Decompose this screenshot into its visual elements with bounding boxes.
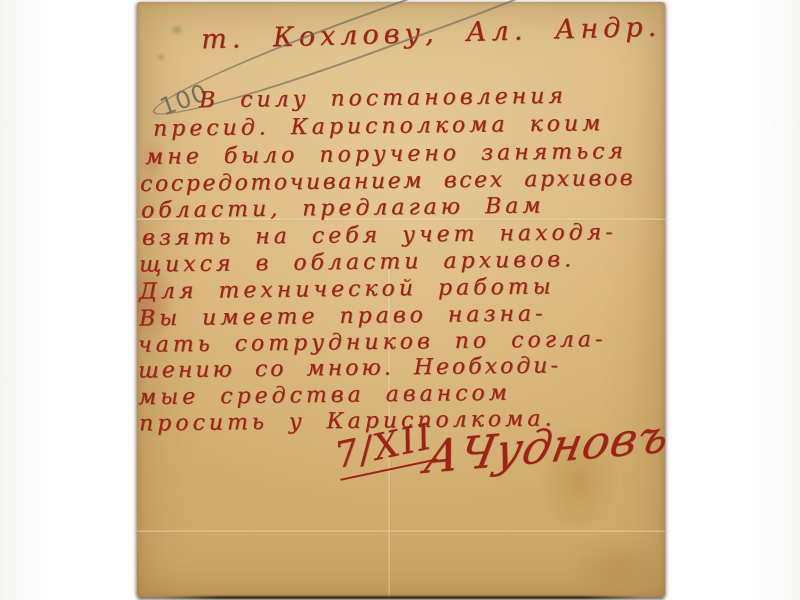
scan-background: т. Кохлову, Ал. Андр. 100 В силу постано… [0, 0, 800, 600]
fold-crease-horizontal [137, 530, 665, 533]
handwritten-line: Для технической работы [139, 274, 555, 304]
handwritten-line: пресид. Карисполкома коим [153, 111, 605, 142]
handwritten-line: шению со мною. Необходи- [138, 353, 561, 383]
paper-bottom-edge-shadow [162, 596, 642, 599]
handwritten-line: Вы имеете право назна- [139, 302, 547, 332]
letter-page: т. Кохлову, Ал. Андр. 100 В силу постано… [137, 2, 665, 597]
handwritten-line: сосредоточиванием всех архивов [140, 166, 635, 197]
handwritten-line: В силу постановления [199, 84, 567, 113]
handwritten-line: щихся в области архивов. [139, 247, 575, 277]
handwritten-line: мне было поручено заняться [145, 139, 627, 170]
handwritten-line: области, предлагаю Вам [141, 194, 545, 224]
handwritten-line: взять на себя учет находя- [142, 220, 617, 251]
handwritten-line: мые средства авансом [138, 381, 511, 411]
